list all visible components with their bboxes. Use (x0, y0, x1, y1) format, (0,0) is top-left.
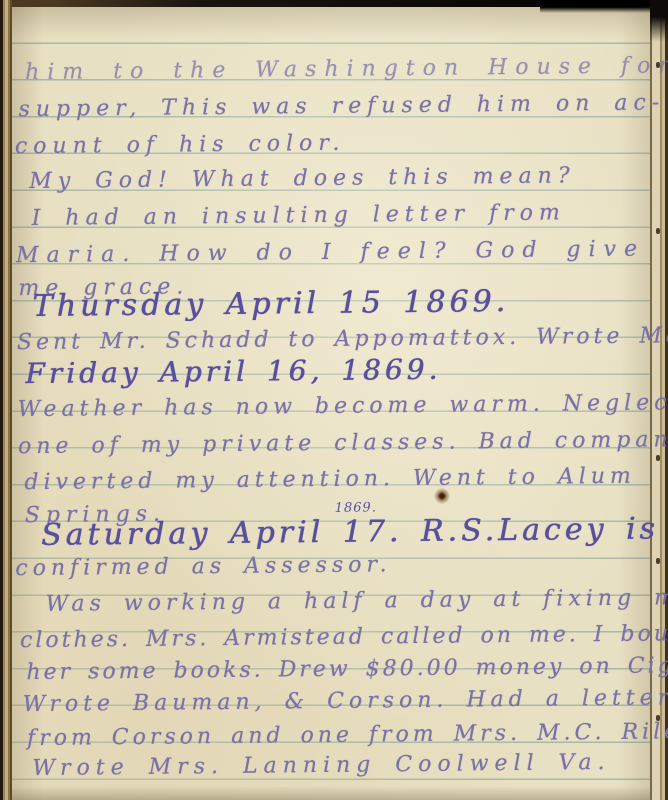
diary-line: Sent Mr. Schadd to Appomattox. Wrote Mar… (17, 323, 668, 357)
diary-line: clothes. Mrs. Armistead called on me. I … (20, 621, 668, 654)
diary-line: Wrote Bauman, & Corson. Had a letter (23, 685, 668, 718)
diary-line: diverted my attention. Went to Alum (24, 464, 636, 496)
diary-line: one of my private classes. Bad company (18, 427, 668, 460)
diary-line: Wrote Mrs. Lanning Coolwell Va. (32, 750, 610, 782)
diary-line: Weather has now become warm. Neglected (18, 390, 668, 423)
diary-line: Was working a half a day at fixing my (46, 585, 668, 618)
diary-line: confirmed as Assessor. (15, 552, 391, 582)
diary-line: count of his color. (15, 131, 346, 160)
diary-line: I had an insulting letter from (32, 200, 566, 232)
diary-line: Maria. How do I feel? God give (16, 237, 645, 270)
entry-heading-saturday-april-17-1869: Saturday April 17. R.S.Lacey is (41, 513, 659, 551)
entry-heading-friday-april-16-1869: Friday April 16, 1869. (25, 354, 441, 390)
entry-heading-thursday-april-15-1869: Thursday April 15 1869. (32, 286, 509, 323)
diary-line: My God! What does this mean? (29, 163, 576, 195)
diary-line: him to the Washington House for (25, 53, 668, 86)
diary-line: from Corson and one from Mrs. M.C. Rile. (27, 719, 668, 752)
diary-photo: him to the Washington House for supper, … (0, 0, 668, 800)
diary-line: supper, This was refused him on ac- (18, 90, 665, 123)
handwriting-layer: him to the Washington House for supper, … (0, 0, 668, 800)
diary-line: her some books. Drew $80.00 money on Cig… (26, 653, 668, 686)
